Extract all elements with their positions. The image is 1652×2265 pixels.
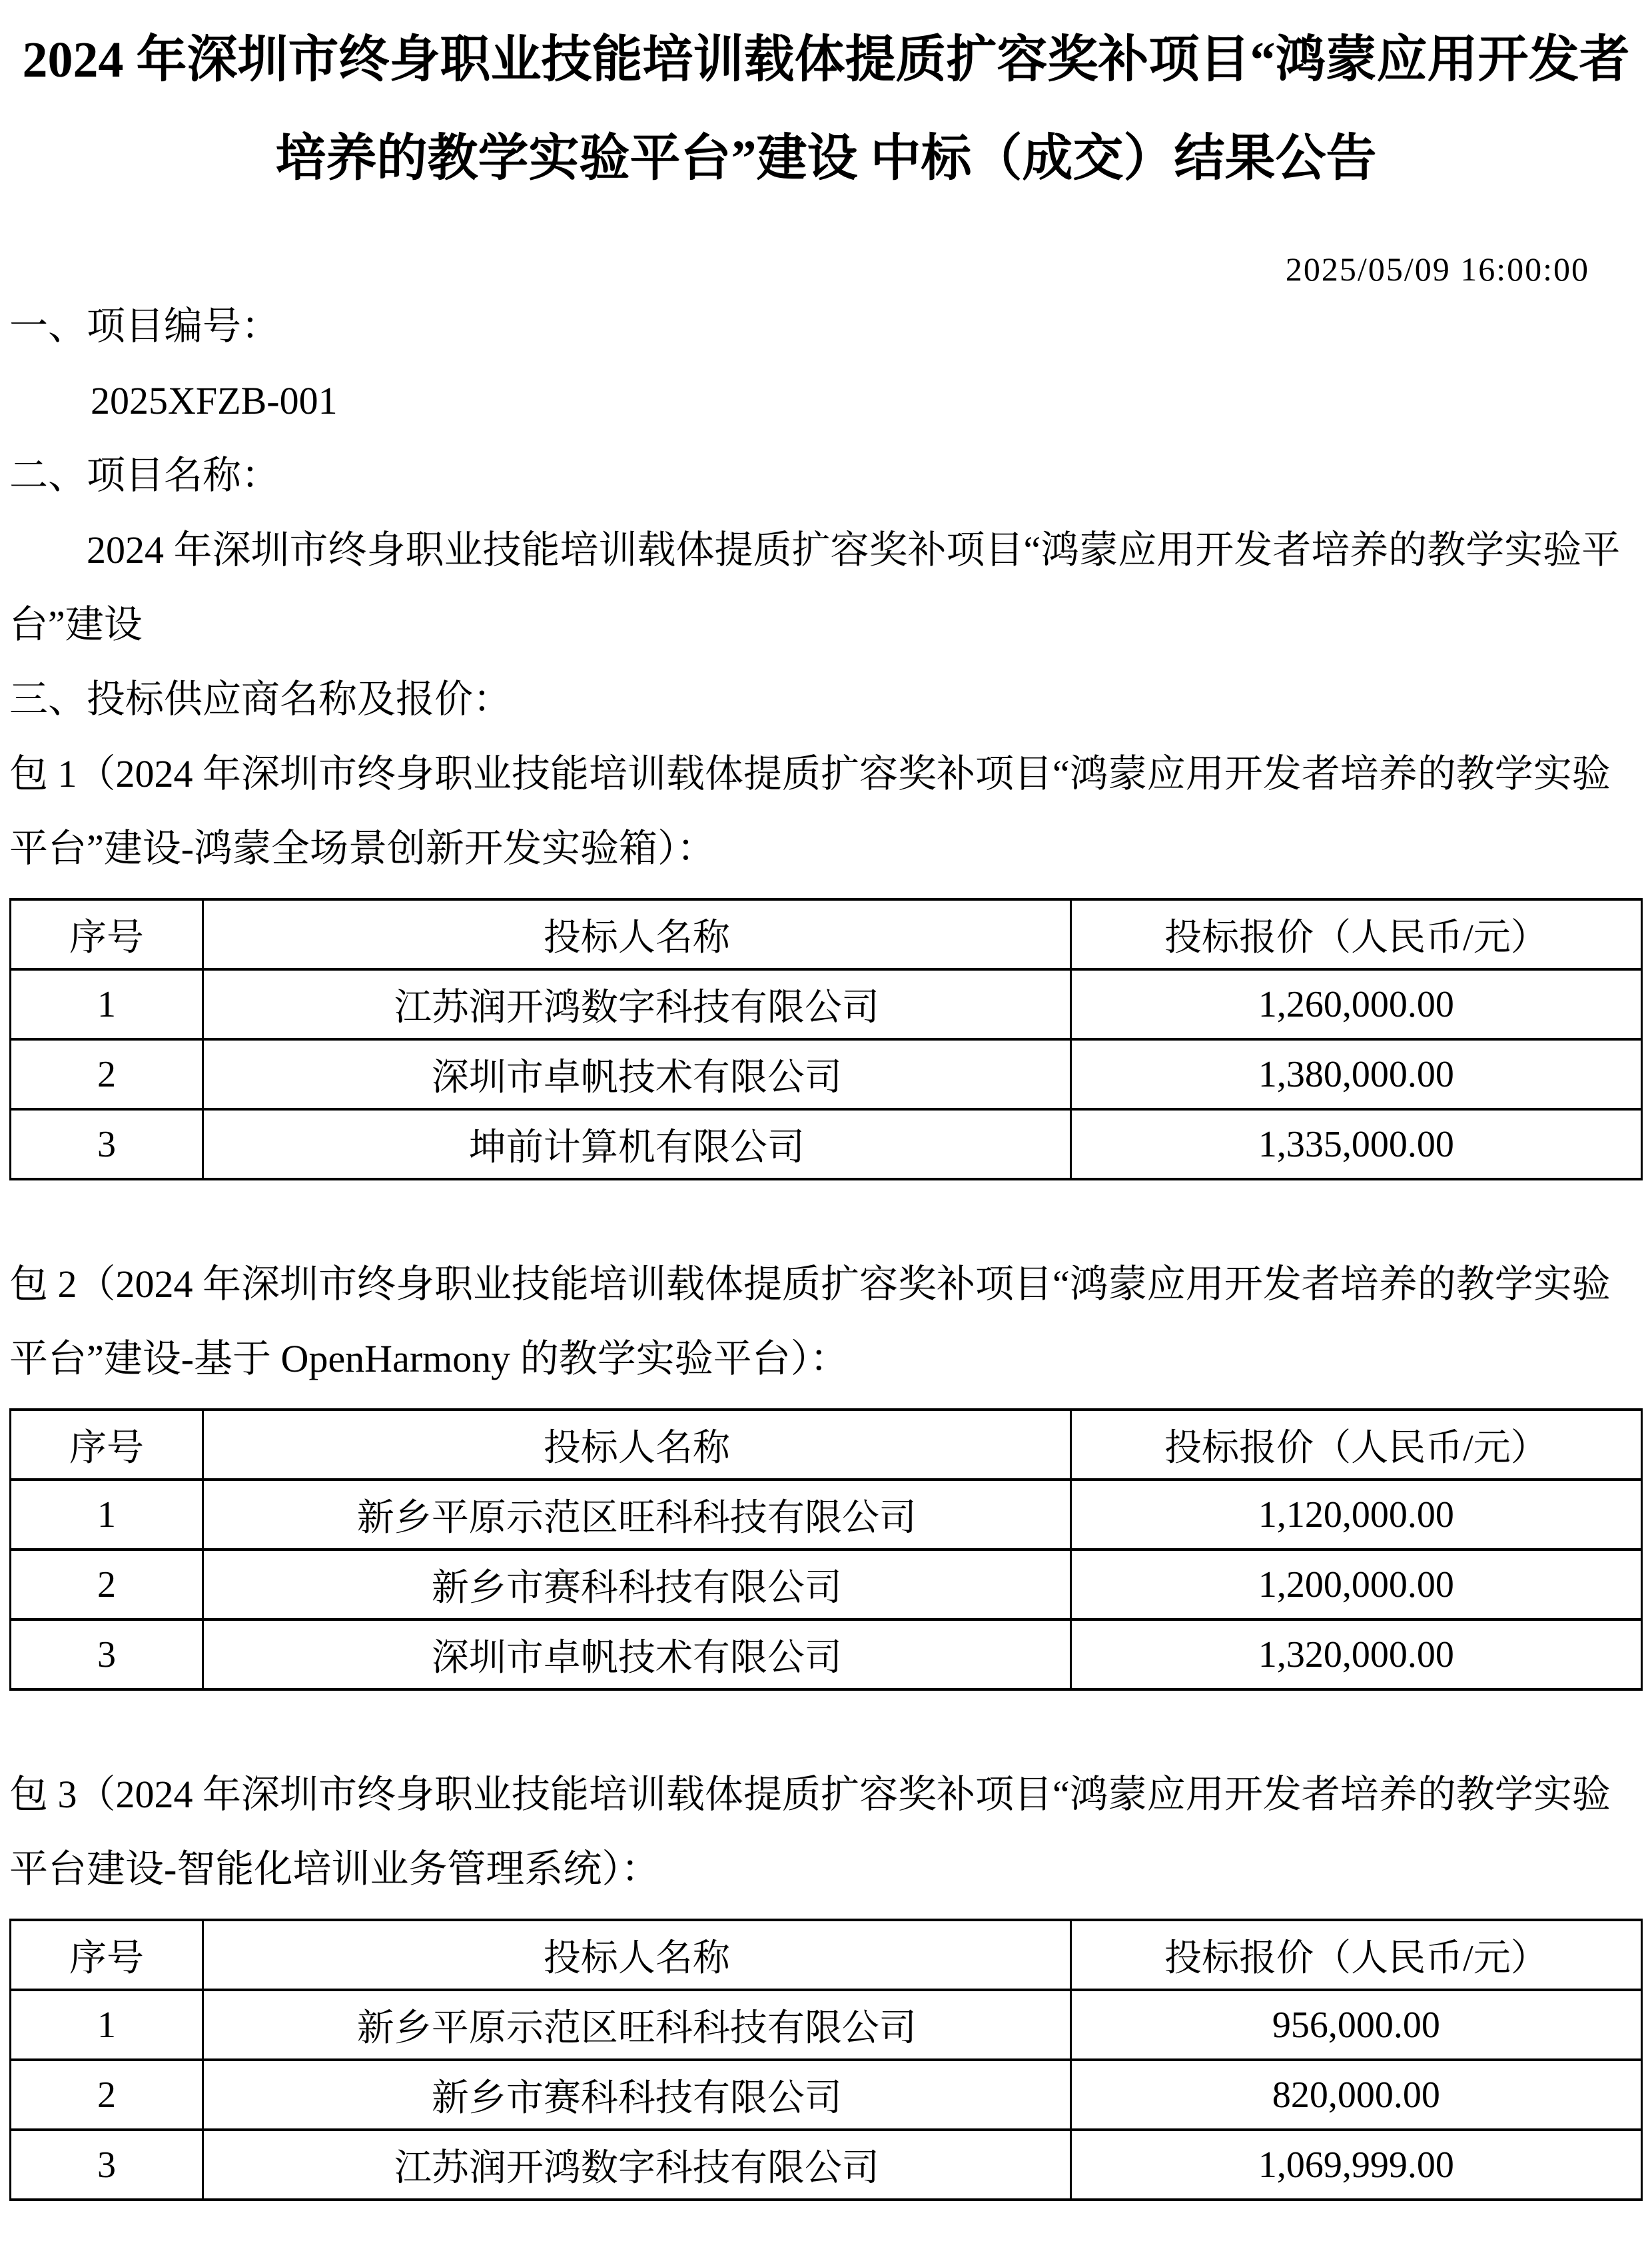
row-index-cell: 1 bbox=[11, 1990, 203, 2060]
col-index-header: 序号 bbox=[11, 1410, 203, 1480]
package-1-label: 包 1（2024 年深圳市终身职业技能培训载体提质扩容奖补项目“鸿蒙应用开发者培… bbox=[9, 737, 1643, 886]
col-price-header: 投标报价（人民币/元） bbox=[1070, 899, 1641, 969]
col-bidder-header: 投标人名称 bbox=[203, 1410, 1070, 1480]
col-price-header: 投标报价（人民币/元） bbox=[1070, 1410, 1641, 1480]
row-index-cell: 3 bbox=[11, 1109, 203, 1179]
project-number-value: 2025XFZB-001 bbox=[9, 364, 1643, 438]
bid-price-cell: 1,335,000.00 bbox=[1070, 1109, 1641, 1179]
bidder-name-cell: 新乡平原示范区旺科科技有限公司 bbox=[203, 1480, 1070, 1550]
bid-price-cell: 1,069,999.00 bbox=[1070, 2130, 1641, 2200]
package-3-bid-table: 序号 投标人名称 投标报价（人民币/元） 1 新乡平原示范区旺科科技有限公司 9… bbox=[9, 1919, 1643, 2201]
table-row: 3 坤前计算机有限公司 1,335,000.00 bbox=[11, 1109, 1642, 1179]
row-index-cell: 3 bbox=[11, 2130, 203, 2200]
col-bidder-header: 投标人名称 bbox=[203, 899, 1070, 969]
project-name-paragraph: 2024 年深圳市终身职业技能培训载体提质扩容奖补项目“鸿蒙应用开发者培养的教学… bbox=[9, 513, 1643, 662]
bid-price-cell: 1,320,000.00 bbox=[1070, 1619, 1641, 1689]
bidder-name-cell: 深圳市卓帆技术有限公司 bbox=[203, 1619, 1070, 1689]
col-bidder-header: 投标人名称 bbox=[203, 1920, 1070, 1990]
bid-price-cell: 956,000.00 bbox=[1070, 1990, 1641, 2060]
package-1-bid-table: 序号 投标人名称 投标报价（人民币/元） 1 江苏润开鸿数字科技有限公司 1,2… bbox=[9, 898, 1643, 1180]
package-3-section: 包 3（2024 年深圳市终身职业技能培训载体提质扩容奖补项目“鸿蒙应用开发者培… bbox=[9, 1757, 1643, 2201]
publish-datetime: 2025/05/09 16:00:00 bbox=[9, 249, 1643, 289]
section-2-heading: 二、项目名称： bbox=[9, 438, 1643, 513]
bid-price-cell: 1,380,000.00 bbox=[1070, 1039, 1641, 1109]
col-index-header: 序号 bbox=[11, 1920, 203, 1990]
bid-price-cell: 1,200,000.00 bbox=[1070, 1550, 1641, 1619]
col-index-header: 序号 bbox=[11, 899, 203, 969]
table-row: 3 深圳市卓帆技术有限公司 1,320,000.00 bbox=[11, 1619, 1642, 1689]
table-header-row: 序号 投标人名称 投标报价（人民币/元） bbox=[11, 1920, 1642, 1990]
bidder-name-cell: 江苏润开鸿数字科技有限公司 bbox=[203, 2130, 1070, 2200]
announcement-document: 2024 年深圳市终身职业技能培训载体提质扩容奖补项目“鸿蒙应用开发者培养的教学… bbox=[0, 0, 1652, 2265]
bid-price-cell: 1,120,000.00 bbox=[1070, 1480, 1641, 1550]
bidder-name-cell: 新乡平原示范区旺科科技有限公司 bbox=[203, 1990, 1070, 2060]
table-header-row: 序号 投标人名称 投标报价（人民币/元） bbox=[11, 899, 1642, 969]
package-3-label: 包 3（2024 年深圳市终身职业技能培训载体提质扩容奖补项目“鸿蒙应用开发者培… bbox=[9, 1757, 1643, 1907]
section-1-heading: 一、项目编号： bbox=[9, 289, 1643, 364]
row-index-cell: 2 bbox=[11, 2060, 203, 2130]
table-row: 3 江苏润开鸿数字科技有限公司 1,069,999.00 bbox=[11, 2130, 1642, 2200]
package-2-label: 包 2（2024 年深圳市终身职业技能培训载体提质扩容奖补项目“鸿蒙应用开发者培… bbox=[9, 1247, 1643, 1396]
table-row: 1 新乡平原示范区旺科科技有限公司 956,000.00 bbox=[11, 1990, 1642, 2060]
table-row: 1 新乡平原示范区旺科科技有限公司 1,120,000.00 bbox=[11, 1480, 1642, 1550]
row-index-cell: 2 bbox=[11, 1550, 203, 1619]
bidder-name-cell: 新乡市赛科科技有限公司 bbox=[203, 1550, 1070, 1619]
table-header-row: 序号 投标人名称 投标报价（人民币/元） bbox=[11, 1410, 1642, 1480]
bidder-name-cell: 深圳市卓帆技术有限公司 bbox=[203, 1039, 1070, 1109]
col-price-header: 投标报价（人民币/元） bbox=[1070, 1920, 1641, 1990]
table-row: 2 深圳市卓帆技术有限公司 1,380,000.00 bbox=[11, 1039, 1642, 1109]
row-index-cell: 1 bbox=[11, 1480, 203, 1550]
page-title: 2024 年深圳市终身职业技能培训载体提质扩容奖补项目“鸿蒙应用开发者培养的教学… bbox=[9, 11, 1643, 208]
bidder-name-cell: 新乡市赛科科技有限公司 bbox=[203, 2060, 1070, 2130]
table-row: 1 江苏润开鸿数字科技有限公司 1,260,000.00 bbox=[11, 969, 1642, 1039]
bidder-name-cell: 坤前计算机有限公司 bbox=[203, 1109, 1070, 1179]
table-row: 2 新乡市赛科科技有限公司 820,000.00 bbox=[11, 2060, 1642, 2130]
row-index-cell: 2 bbox=[11, 1039, 203, 1109]
package-1-section: 包 1（2024 年深圳市终身职业技能培训载体提质扩容奖补项目“鸿蒙应用开发者培… bbox=[9, 737, 1643, 1180]
bid-price-cell: 1,260,000.00 bbox=[1070, 969, 1641, 1039]
section-3-heading: 三、投标供应商名称及报价： bbox=[9, 662, 1643, 737]
row-index-cell: 3 bbox=[11, 1619, 203, 1689]
row-index-cell: 1 bbox=[11, 969, 203, 1039]
bidder-name-cell: 江苏润开鸿数字科技有限公司 bbox=[203, 969, 1070, 1039]
package-2-section: 包 2（2024 年深圳市终身职业技能培训载体提质扩容奖补项目“鸿蒙应用开发者培… bbox=[9, 1247, 1643, 1691]
bid-price-cell: 820,000.00 bbox=[1070, 2060, 1641, 2130]
table-row: 2 新乡市赛科科技有限公司 1,200,000.00 bbox=[11, 1550, 1642, 1619]
package-2-bid-table: 序号 投标人名称 投标报价（人民币/元） 1 新乡平原示范区旺科科技有限公司 1… bbox=[9, 1408, 1643, 1691]
